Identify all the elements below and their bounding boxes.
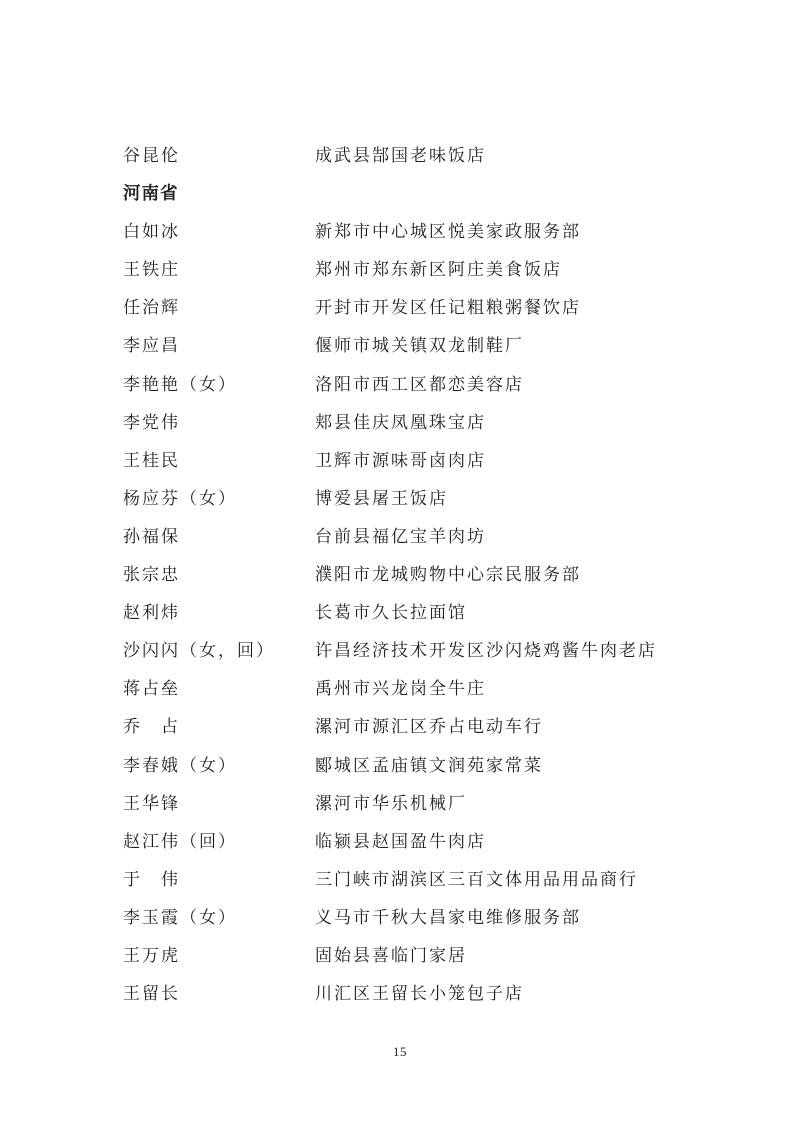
person-name: 李玉霞（女） — [123, 908, 315, 927]
business-name: 许昌经济技术开发区沙闪烧鸡酱牛肉老店 — [315, 641, 683, 660]
business-name: 临颍县赵国盈牛肉店 — [315, 832, 683, 851]
business-name: 洛阳市西工区都恋美容店 — [315, 375, 683, 394]
person-name: 李党伟 — [123, 413, 315, 432]
person-name: 沙闪闪（女，回） — [123, 641, 315, 660]
business-name: 漯河市源汇区乔占电动车行 — [315, 717, 683, 736]
business-name: 新郑市中心城区悦美家政服务部 — [315, 222, 683, 241]
province-header: 河南省 — [123, 184, 315, 203]
person-name: 王华锋 — [123, 794, 315, 813]
table-row: 李应昌偃师市城关镇双龙制鞋厂 — [123, 336, 683, 374]
person-name: 张宗忠 — [123, 565, 315, 584]
person-name: 谷昆伦 — [123, 146, 315, 165]
business-name: 郾城区孟庙镇文润苑家常菜 — [315, 756, 683, 775]
business-name: 郑州市郑东新区阿庄美食饭店 — [315, 260, 683, 279]
table-row: 赵利炜长葛市久长拉面馆 — [123, 603, 683, 641]
business-name: 偃师市城关镇双龙制鞋厂 — [315, 336, 683, 355]
person-name: 王留长 — [123, 984, 315, 1003]
page-number: 15 — [0, 1044, 800, 1060]
business-name: 禹州市兴龙岗全牛庄 — [315, 679, 683, 698]
table-row: 杨应芬（女）博爱县屠王饭店 — [123, 489, 683, 527]
person-name: 王铁庄 — [123, 260, 315, 279]
table-row: 李春娥（女）郾城区孟庙镇文润苑家常菜 — [123, 756, 683, 794]
person-name: 任治辉 — [123, 298, 315, 317]
person-name: 李应昌 — [123, 336, 315, 355]
entry-list: 谷昆伦成武县郜国老味饭店河南省白如冰新郑市中心城区悦美家政服务部王铁庄郑州市郑东… — [123, 146, 683, 1022]
business-name: 固始县喜临门家居 — [315, 946, 683, 965]
person-name: 杨应芬（女） — [123, 489, 315, 508]
province-header-row: 河南省 — [123, 184, 683, 222]
table-row: 王华锋漯河市华乐机械厂 — [123, 794, 683, 832]
person-name: 乔 占 — [123, 717, 315, 736]
business-name: 卫辉市源味哥卤肉店 — [315, 451, 683, 470]
person-name: 李春娥（女） — [123, 756, 315, 775]
person-name: 孙福保 — [123, 527, 315, 546]
business-name: 长葛市久长拉面馆 — [315, 603, 683, 622]
business-name: 郏县佳庆凤凰珠宝店 — [315, 413, 683, 432]
business-name: 博爱县屠王饭店 — [315, 489, 683, 508]
table-row: 沙闪闪（女，回）许昌经济技术开发区沙闪烧鸡酱牛肉老店 — [123, 641, 683, 679]
person-name: 于 伟 — [123, 870, 315, 889]
person-name: 王桂民 — [123, 451, 315, 470]
person-name: 王万虎 — [123, 946, 315, 965]
table-row: 于 伟三门峡市湖滨区三百文体用品用品商行 — [123, 870, 683, 908]
table-row: 孙福保台前县福亿宝羊肉坊 — [123, 527, 683, 565]
person-name: 赵利炜 — [123, 603, 315, 622]
table-row: 蒋占垒禹州市兴龙岗全牛庄 — [123, 679, 683, 717]
table-row: 王万虎固始县喜临门家居 — [123, 946, 683, 984]
person-name: 白如冰 — [123, 222, 315, 241]
document-page: 谷昆伦成武县郜国老味饭店河南省白如冰新郑市中心城区悦美家政服务部王铁庄郑州市郑东… — [0, 0, 800, 1131]
business-name: 开封市开发区任记粗粮粥餐饮店 — [315, 298, 683, 317]
business-name: 台前县福亿宝羊肉坊 — [315, 527, 683, 546]
business-name: 漯河市华乐机械厂 — [315, 794, 683, 813]
business-name: 濮阳市龙城购物中心宗民服务部 — [315, 565, 683, 584]
table-row: 谷昆伦成武县郜国老味饭店 — [123, 146, 683, 184]
business-name: 三门峡市湖滨区三百文体用品用品商行 — [315, 870, 683, 889]
table-row: 王铁庄郑州市郑东新区阿庄美食饭店 — [123, 260, 683, 298]
table-row: 张宗忠濮阳市龙城购物中心宗民服务部 — [123, 565, 683, 603]
business-name: 成武县郜国老味饭店 — [315, 146, 683, 165]
person-name: 赵江伟（回） — [123, 832, 315, 851]
table-row: 白如冰新郑市中心城区悦美家政服务部 — [123, 222, 683, 260]
table-row: 王桂民卫辉市源味哥卤肉店 — [123, 451, 683, 489]
table-row: 乔 占漯河市源汇区乔占电动车行 — [123, 717, 683, 755]
table-row: 李党伟郏县佳庆凤凰珠宝店 — [123, 413, 683, 451]
table-row: 李艳艳（女）洛阳市西工区都恋美容店 — [123, 375, 683, 413]
table-row: 王留长川汇区王留长小笼包子店 — [123, 984, 683, 1022]
business-name: 义马市千秋大昌家电维修服务部 — [315, 908, 683, 927]
business-name: 川汇区王留长小笼包子店 — [315, 984, 683, 1003]
table-row: 任治辉开封市开发区任记粗粮粥餐饮店 — [123, 298, 683, 336]
table-row: 赵江伟（回）临颍县赵国盈牛肉店 — [123, 832, 683, 870]
table-row: 李玉霞（女）义马市千秋大昌家电维修服务部 — [123, 908, 683, 946]
person-name: 李艳艳（女） — [123, 375, 315, 394]
person-name: 蒋占垒 — [123, 679, 315, 698]
